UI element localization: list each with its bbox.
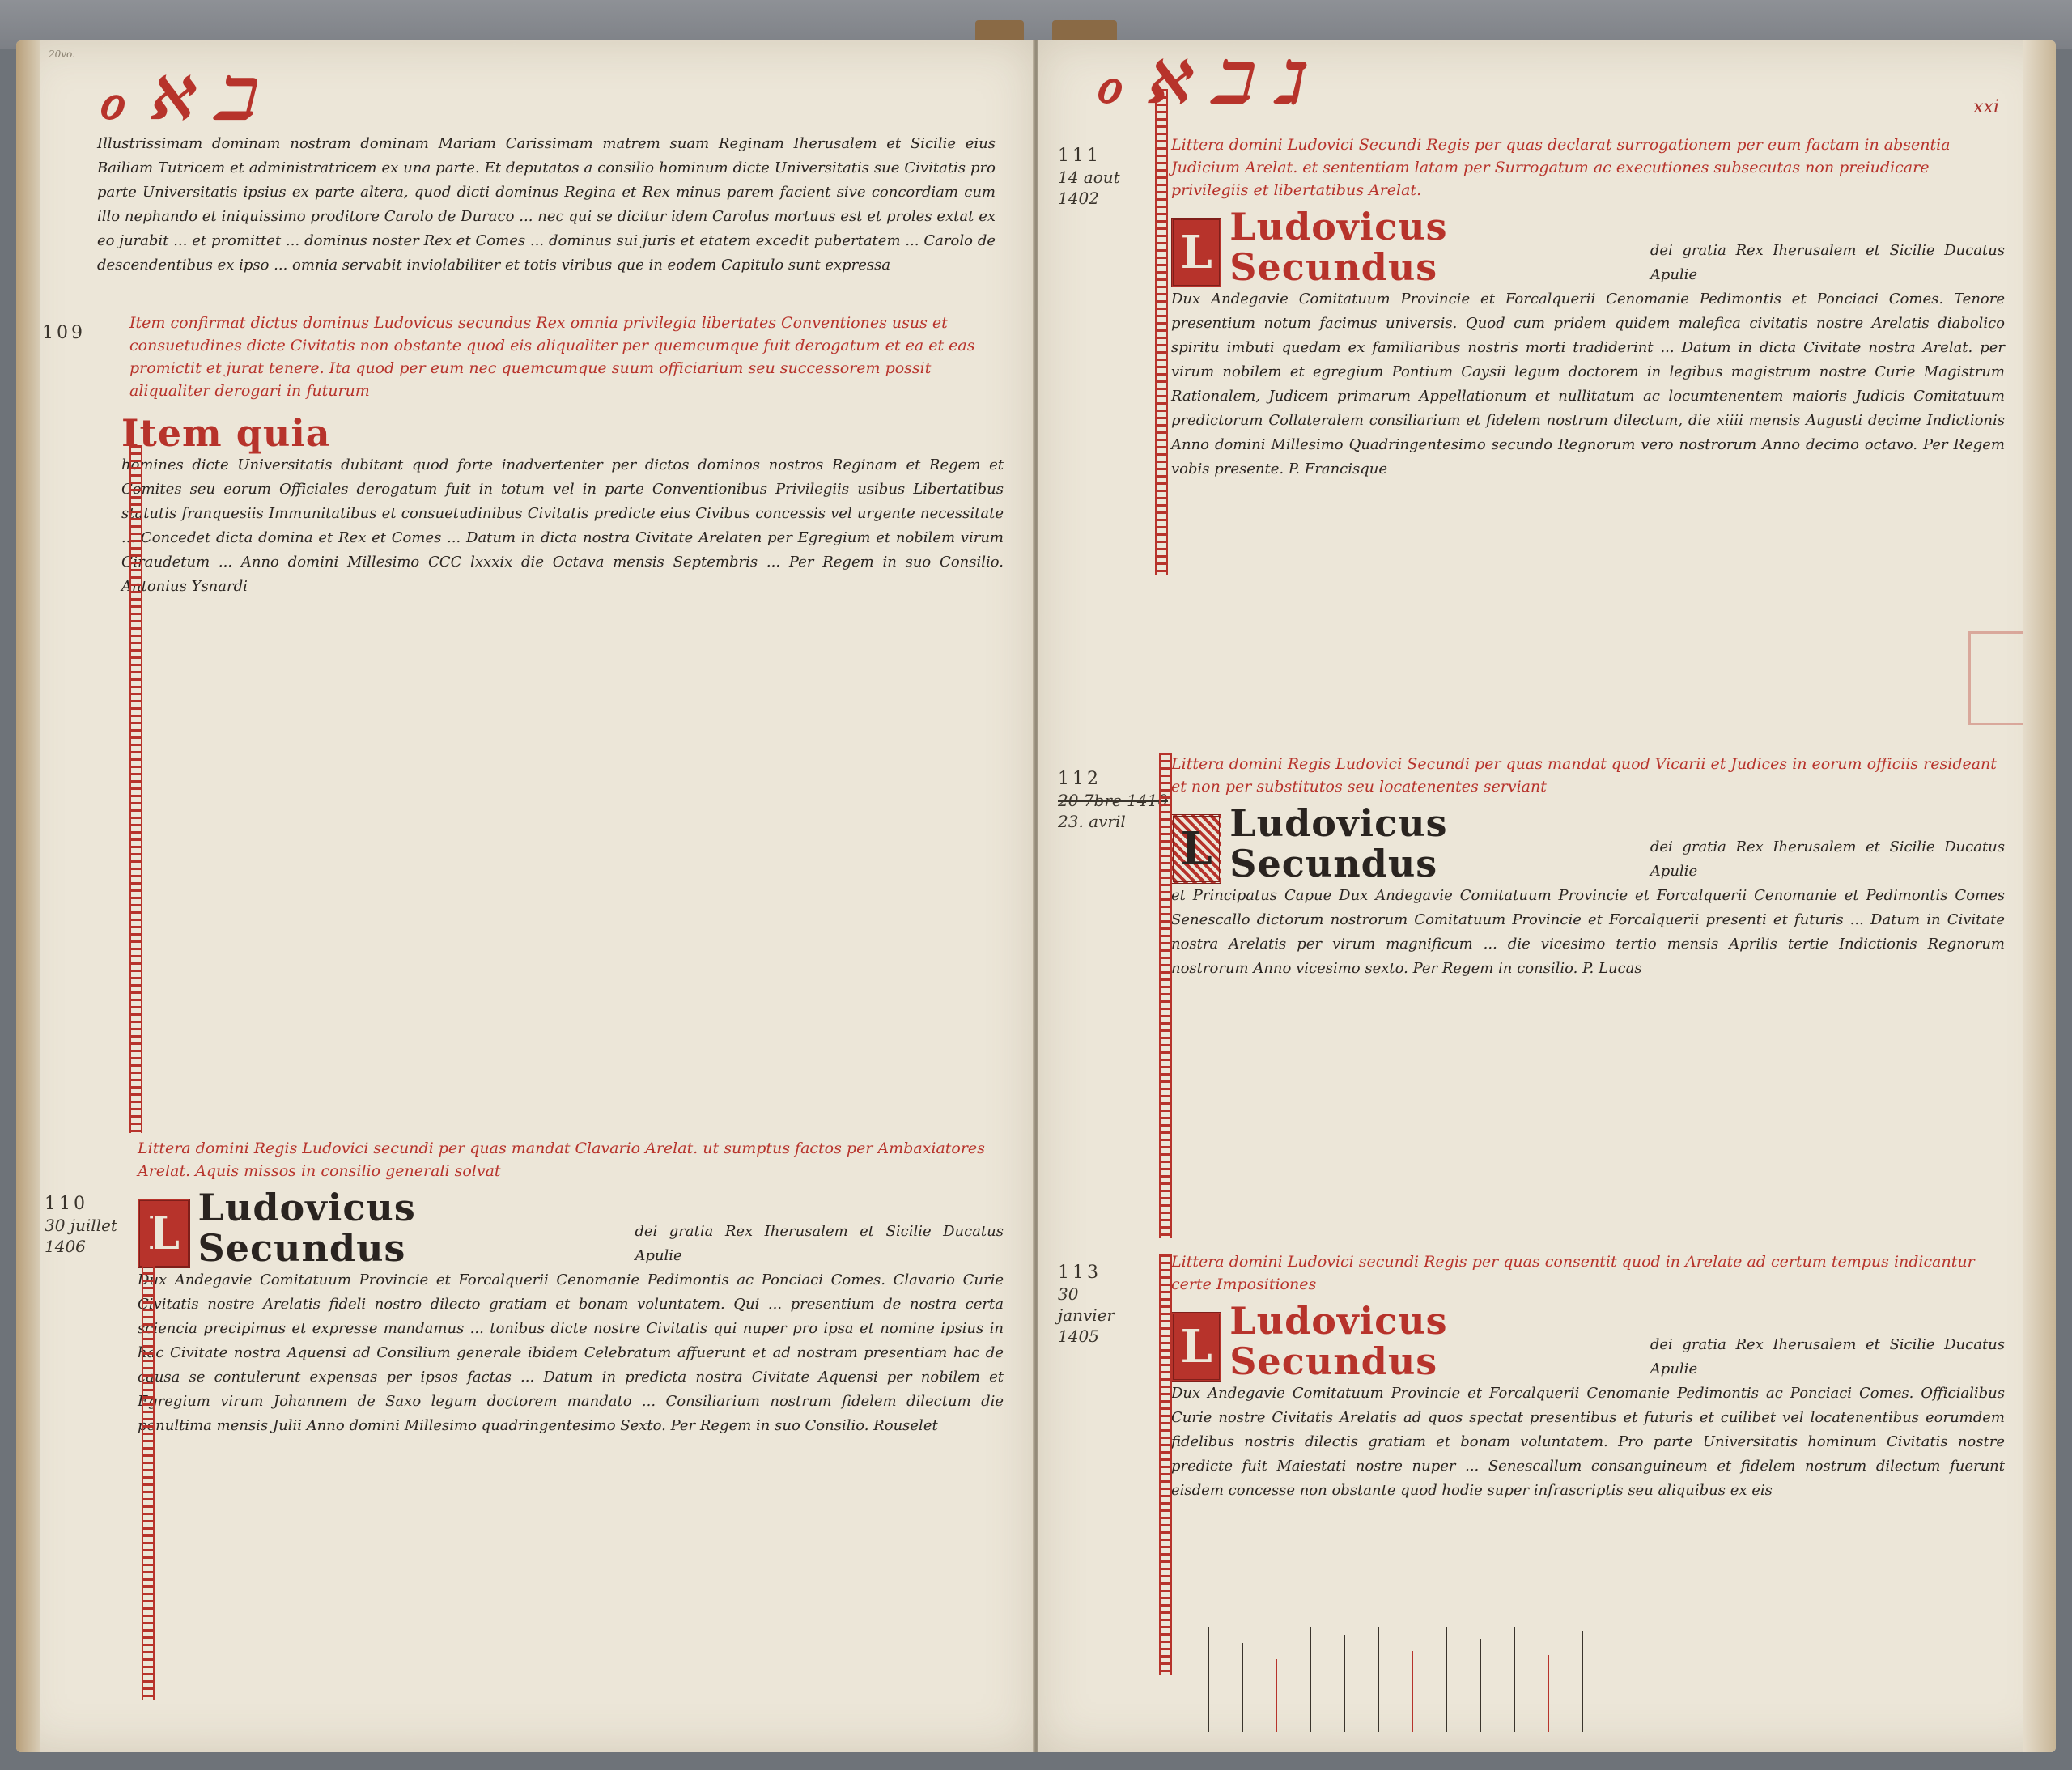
entry-item-quia: Item quia homines dicte Universitatis du…: [121, 413, 1004, 599]
name-heading: Ludovicus Secundus: [1229, 206, 1642, 287]
entry-rubric: Littera domini Regis Ludovici secundi pe…: [138, 1137, 1004, 1182]
title-line: dei gratia Rex Iherusalem et Sicilie Duc…: [1650, 835, 2005, 884]
entry-text: Dux Andegavie Comitatuum Provincie et Fo…: [1171, 1382, 2005, 1503]
entry-text: Dux Andegavie Comitatuum Provincie et Fo…: [1171, 287, 2005, 482]
cadel-decoration: ℴℵℶℷ: [1094, 49, 1985, 116]
decorated-initial-L: L: [1171, 814, 1221, 884]
title-line: dei gratia Rex Iherusalem et Sicilie Duc…: [635, 1220, 1004, 1268]
decorated-initial-L: L: [1171, 218, 1221, 287]
entry-109: Item confirmat dictus dominus Ludovicus …: [129, 312, 1004, 402]
margin-annotation: 113 30 janvier 1405: [1058, 1263, 1139, 1347]
initial-heading: Item quia: [121, 413, 331, 453]
name-heading: Ludovicus Secundus: [1229, 1301, 1642, 1382]
decorated-initial-L: L: [1171, 1312, 1221, 1382]
margin-date: 23. avril: [1058, 811, 1168, 832]
margin-annotation: 112 20 7bre 1410 23. avril: [1058, 769, 1168, 832]
title-line: dei gratia Rex Iherusalem et Sicilie Duc…: [1650, 1333, 2005, 1382]
entry-text: homines dicte Universitatis dubitant quo…: [121, 453, 1004, 599]
cadel-ascenders-with-faces: [1208, 1619, 1583, 1732]
entry-text: Dux Andegavie Comitatuum Provincie et Fo…: [138, 1268, 1004, 1438]
left-page: 20vo. ℴℵℶ Illustrissimam dominam nostram…: [16, 40, 1034, 1752]
right-page: xxi ℴℵℶℷ 111 14 aout 1402 Littera domini…: [1038, 40, 2056, 1752]
entry-112: Littera domini Regis Ludovici Secundi pe…: [1171, 753, 2005, 981]
red-penwork-flourish: [1159, 1254, 1172, 1675]
entry-continuation: ℴℵℶ Illustrissimam dominam nostram domin…: [97, 65, 996, 278]
red-penwork-flourish: [142, 1214, 155, 1700]
entry-113: Littera domini Ludovici secundi Regis pe…: [1171, 1250, 2005, 1503]
margin-date-struck: 20 7bre 1410: [1058, 790, 1168, 811]
red-penwork-flourish: [129, 445, 142, 1133]
name-heading: Ludovicus Secundus: [198, 1187, 627, 1268]
name-heading: Ludovicus Secundus: [1229, 803, 1642, 884]
entry-text: Illustrissimam dominam nostram dominam M…: [97, 132, 996, 278]
entry-rubric: Littera domini Ludovici Secundi Regis pe…: [1171, 134, 2005, 202]
corner-note: 20vo.: [49, 49, 75, 60]
entry-rubric: Item confirmat dictus dominus Ludovicus …: [129, 312, 1004, 402]
cadel-decoration: ℴℵℶ: [97, 65, 996, 132]
margin-annotation: 110 30 juillet 1406: [45, 1194, 117, 1257]
margin-date: 30 juillet 1406: [45, 1215, 117, 1257]
entry-110: Littera domini Regis Ludovici secundi pe…: [138, 1137, 1004, 1438]
red-penwork-flourish: [1159, 753, 1172, 1238]
margin-date: 30 janvier 1405: [1058, 1284, 1139, 1347]
entry-text: et Principatus Capue Dux Andegavie Comit…: [1171, 884, 2005, 981]
entry-rubric: Littera domini Regis Ludovici Secundi pe…: [1171, 753, 2005, 798]
cadel-header: ℴℵℶℷ: [1094, 49, 1985, 116]
title-line: dei gratia Rex Iherusalem et Sicilie Duc…: [1650, 239, 2005, 287]
margin-entry-number: 109: [42, 322, 86, 344]
margin-date: 14 aout 1402: [1058, 167, 1147, 209]
entry-rubric: Littera domini Ludovici secundi Regis pe…: [1171, 1250, 2005, 1296]
entry-111: Littera domini Ludovici Secundi Regis pe…: [1171, 134, 2005, 482]
red-penwork-flourish: [1155, 89, 1168, 575]
faded-stamp: [1968, 631, 2046, 725]
margin-annotation: 111 14 aout 1402: [1058, 146, 1147, 209]
open-manuscript: 20vo. ℴℵℶ Illustrissimam dominam nostram…: [16, 40, 2056, 1752]
